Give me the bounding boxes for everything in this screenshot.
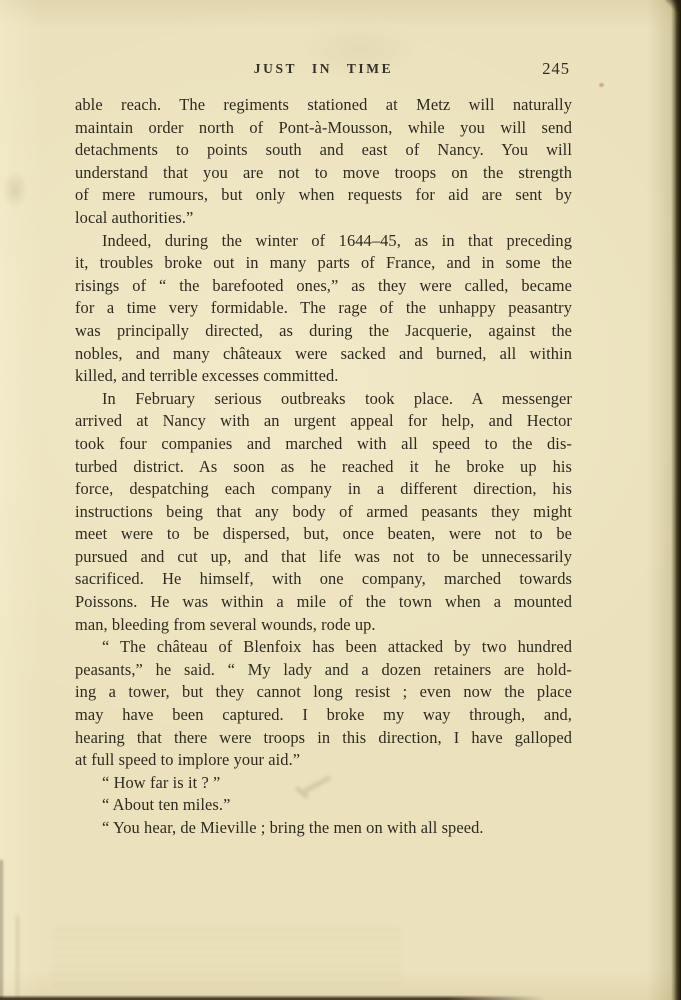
- paper-crease: [16, 915, 19, 1000]
- text-line: Poissons. He was within a mile of the to…: [75, 591, 572, 614]
- text-line: man, bleeding from several wounds, rode …: [75, 614, 572, 637]
- text-line: was principally directed, as during the …: [75, 320, 572, 343]
- text-line: meet were to be dispersed, but, once bea…: [75, 523, 572, 546]
- paper-blotch: [2, 170, 28, 210]
- reverse-side-showthrough: [52, 928, 402, 986]
- paragraph: “ About ten miles.”: [75, 794, 572, 817]
- text-line: pursued and cut up, and that life was no…: [75, 546, 572, 569]
- text-line: Indeed, during the winter of 1644–45, as…: [75, 230, 572, 253]
- running-header-title: JUST IN TIME: [75, 61, 572, 77]
- book-page: JUST IN TIME 245 able reach. The regimen…: [0, 0, 681, 1000]
- text-line: understand that you are not to move troo…: [75, 162, 572, 185]
- paragraph: “ You hear, de Mieville ; bring the men …: [75, 817, 572, 840]
- page-corner-shadow: [665, 0, 681, 12]
- page-edge-left: [0, 860, 4, 1000]
- text-line: “ The château of Blenfoix has been attac…: [75, 636, 572, 659]
- text-line: hearing that there were troops in this d…: [75, 727, 572, 750]
- text-line: force, despatching each company in a dif…: [75, 478, 572, 501]
- running-header: JUST IN TIME 245: [75, 61, 572, 81]
- text-line: killed, and terrible excesses committed.: [75, 365, 572, 388]
- ink-stain-dot: [599, 83, 604, 87]
- paragraph: “ How far is it ? ”: [75, 772, 572, 795]
- paragraph: Indeed, during the winter of 1644–45, as…: [75, 230, 572, 388]
- paragraph: able reach. The regiments stationed at M…: [75, 94, 572, 230]
- paragraph: “ The château of Blenfoix has been attac…: [75, 636, 572, 772]
- text-line: sacrificed. He himself, with one company…: [75, 568, 572, 591]
- text-line: “ How far is it ? ”: [75, 772, 572, 795]
- text-line: nobles, and many châteaux were sacked an…: [75, 343, 572, 366]
- text-line: local authorities.”: [75, 207, 572, 230]
- text-line: turbed district. As soon as he reached i…: [75, 456, 572, 479]
- text-line: risings of “ the barefooted ones,” as th…: [75, 275, 572, 298]
- text-line: instructions being that any body of arme…: [75, 501, 572, 524]
- text-line: for a time very formidable. The rage of …: [75, 297, 572, 320]
- page-edge-bottom: [0, 995, 545, 1000]
- text-line: detachments to points south and east of …: [75, 139, 572, 162]
- text-line: it, troubles broke out in many parts of …: [75, 252, 572, 275]
- text-line: In February serious outbreaks took place…: [75, 388, 572, 411]
- text-line: arrived at Nancy with an urgent appeal f…: [75, 410, 572, 433]
- page-body: able reach. The regiments stationed at M…: [75, 94, 572, 840]
- paragraph: In February serious outbreaks took place…: [75, 388, 572, 637]
- text-line: peasants,” he said. “ My lady and a doze…: [75, 659, 572, 682]
- text-line: of mere rumours, but only when requests …: [75, 184, 572, 207]
- page-edge-right: [671, 0, 681, 1000]
- text-line: at full speed to implore your aid.”: [75, 749, 572, 772]
- text-line: ing a tower, but they cannot long resist…: [75, 681, 572, 704]
- text-line: may have been captured. I broke my way t…: [75, 704, 572, 727]
- text-line: “ About ten miles.”: [75, 794, 572, 817]
- text-line: “ You hear, de Mieville ; bring the men …: [75, 817, 572, 840]
- text-line: maintain order north of Pont-à-Mousson, …: [75, 117, 572, 140]
- page-number: 245: [542, 59, 570, 79]
- text-line: took four companies and marched with all…: [75, 433, 572, 456]
- text-line: able reach. The regiments stationed at M…: [75, 94, 572, 117]
